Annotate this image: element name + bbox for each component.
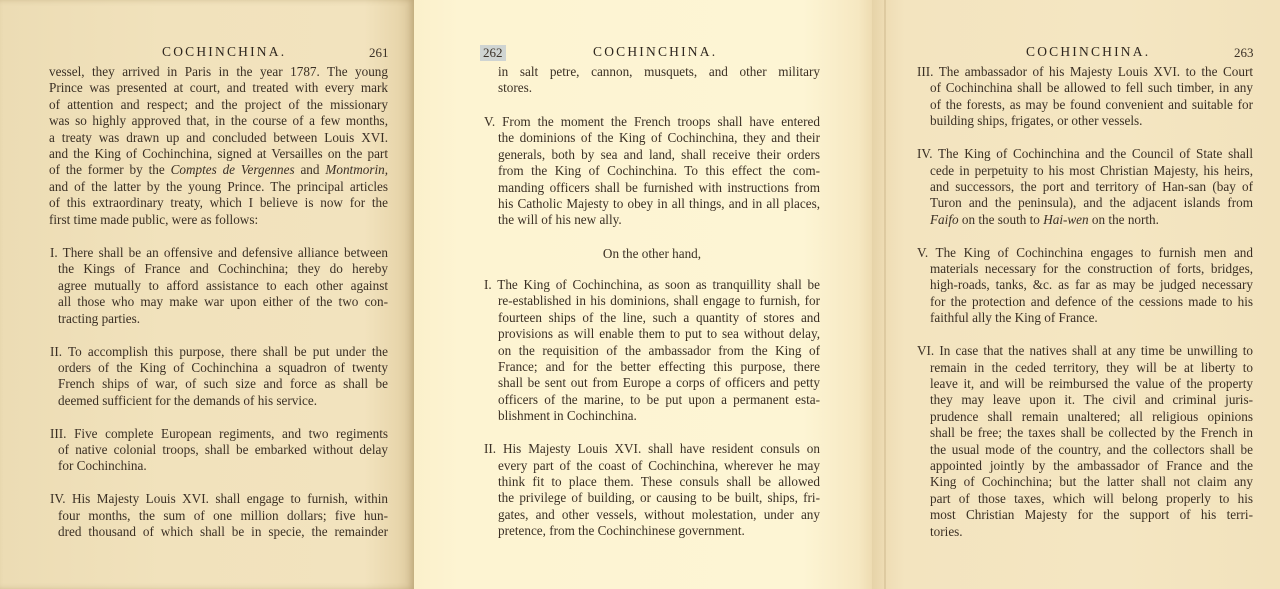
- article-II: II. His Majesty Louis XVI. shall have re…: [484, 441, 820, 539]
- text-line: French ships of war, of such size and fo…: [50, 376, 388, 392]
- text-segment: The King of Cochinchina engages to furni…: [936, 245, 1253, 260]
- text-line: Faifo on the south to Hai-wen on the nor…: [917, 212, 1253, 228]
- text-segment: The King of Cochinchina, as soon as tran…: [497, 277, 820, 292]
- text-line: blishment in Cochinchina.: [484, 408, 820, 424]
- article-IV: IV. His Majesty Louis XVI. shall engage …: [50, 491, 388, 540]
- article-list: I. There shall be an offensive and defen…: [50, 245, 388, 557]
- text-line: re-established in his dominions, shall e…: [484, 293, 820, 309]
- text-line: dred thousand of which shall be in speci…: [50, 524, 388, 540]
- text-line: shall be free; the taxes shall be collec…: [917, 425, 1253, 441]
- text-segment: His Majesty Louis XVI. shall have reside…: [503, 441, 820, 456]
- text-line: part of those taxes, which will belong p…: [917, 491, 1253, 507]
- text-segment: The King of Cochinchina and the Council …: [938, 146, 1253, 161]
- text-line: pretence, from the Cochinchinese governm…: [484, 523, 820, 539]
- text-line: V. From the moment the French troops sha…: [484, 114, 820, 130]
- article-I: I. There shall be an offensive and defen…: [50, 245, 388, 327]
- page-number: 262: [480, 45, 506, 61]
- article-numeral: IV.: [917, 146, 933, 161]
- article-IV: IV. The King of Cochinchina and the Coun…: [917, 146, 1253, 228]
- section-heading: On the other hand,: [484, 246, 820, 262]
- text-line: France; and for the better effecting thi…: [484, 359, 820, 375]
- intro-paragraph: vessel, they arrived in Paris in the yea…: [49, 64, 388, 228]
- text-line: building ships, frigates, or other vesse…: [917, 113, 1253, 129]
- text-line: was so highly approved that, in the cour…: [49, 113, 388, 129]
- text-line: first time made public, were as follows:: [49, 212, 388, 228]
- page-number: 263: [1234, 45, 1254, 61]
- text-line: officers of the marine, to be put upon a…: [484, 392, 820, 408]
- text-line: I. There shall be an offensive and defen…: [50, 245, 388, 261]
- text-line: four months, the sum of one million doll…: [50, 508, 388, 524]
- text-line: cede in perpetuity to his most Christian…: [917, 163, 1253, 179]
- text-line: for Cochinchina.: [50, 458, 388, 474]
- text-line: of this extraordinary treaty, which I be…: [49, 195, 388, 211]
- page-262: 262 COCHINCHINA. in salt petre, cannon, …: [414, 0, 872, 589]
- article-numeral: II.: [484, 441, 496, 456]
- text-line: the usual mode of the country, and the c…: [917, 442, 1253, 458]
- text-segment: There shall be an offensive and defensiv…: [63, 245, 388, 260]
- italic-name: Montmorin,: [325, 162, 388, 177]
- page-263: COCHINCHINA. 263 III. The ambassador of …: [872, 0, 1280, 589]
- text-line: think fit to place them. These consuls s…: [484, 474, 820, 490]
- article-numeral: V.: [917, 245, 928, 260]
- article-numeral: VI.: [917, 343, 934, 358]
- running-head: COCHINCHINA.: [1026, 44, 1150, 60]
- running-head: COCHINCHINA.: [162, 44, 286, 60]
- text-line: gates, and other vessels, without molest…: [484, 507, 820, 523]
- text-line: and of the latter by the young Prince. T…: [49, 179, 388, 195]
- text-line: I. The King of Cochinchina, as soon as t…: [484, 277, 820, 293]
- text-line: deemed sufficient for the demands of his…: [50, 393, 388, 409]
- page-number: 261: [369, 45, 389, 61]
- article-numeral: II.: [50, 344, 62, 359]
- text-line: orders of the King of Cochinchina a squa…: [50, 360, 388, 376]
- text-line: III. The ambassador of his Majesty Louis…: [917, 64, 1253, 80]
- article-numeral: III.: [50, 426, 66, 441]
- text-line: materials necessary for the construction…: [917, 261, 1253, 277]
- text-line: fourteen ships of the line, such a quant…: [484, 310, 820, 326]
- text-line: remain in the ceded territory, they will…: [917, 360, 1253, 376]
- text-line: II. To accomplish this purpose, there sh…: [50, 344, 388, 360]
- text-segment: From the moment the French troops shall …: [502, 114, 820, 129]
- article-numeral: V.: [484, 114, 495, 129]
- text-line: manding officers shall be furnished with…: [484, 180, 820, 196]
- article-II: II. To accomplish this purpose, there sh…: [50, 344, 388, 410]
- text-line: leave it, and will be reimbursed the val…: [917, 376, 1253, 392]
- article-numeral: I.: [50, 245, 58, 260]
- text-line: a treaty was drawn up and concluded betw…: [49, 130, 388, 146]
- text-line: stores.: [498, 80, 820, 96]
- text-line: of attention and respect; and the projec…: [49, 97, 388, 113]
- italic-name: Comptes de Vergennes: [171, 162, 295, 177]
- text-line: of Cochinchina shall be allowed to fell …: [917, 80, 1253, 96]
- text-line: all those who may make war upon either o…: [50, 294, 388, 310]
- text-line: King of Cochinchina; but the latter shal…: [917, 474, 1253, 490]
- article-numeral: III.: [917, 64, 933, 79]
- text-line: the privilege of building, or causing to…: [484, 490, 820, 506]
- text-line: in salt petre, cannon, musquets, and oth…: [498, 64, 820, 80]
- article-list-other-hand: I. The King of Cochinchina, as soon as t…: [484, 277, 820, 556]
- article-list: III. The ambassador of his Majesty Louis…: [917, 64, 1253, 557]
- italic-place: Faifo: [930, 212, 959, 227]
- text-segment: Five complete European regiments, and tw…: [74, 426, 388, 441]
- text-line: IV. His Majesty Louis XVI. shall engage …: [50, 491, 388, 507]
- article-numeral: IV.: [50, 491, 66, 506]
- text-line: for the protection and defence of the ce…: [917, 294, 1253, 310]
- text-line: the Kings of France and Cochinchina; the…: [50, 261, 388, 277]
- text-line: they may leave upon it. The civil and cr…: [917, 392, 1253, 408]
- text-line: prudence shall remain unaltered; all rel…: [917, 409, 1253, 425]
- text-line: of the forests, as may be found convenie…: [917, 97, 1253, 113]
- text-line: the will of his new ally.: [484, 212, 820, 228]
- text-line: V. The King of Cochinchina engages to fu…: [917, 245, 1253, 261]
- article-I: I. The King of Cochinchina, as soon as t…: [484, 277, 820, 425]
- running-head: COCHINCHINA.: [593, 44, 717, 60]
- text-line: faithful ally the King of France.: [917, 310, 1253, 326]
- article-III: III. Five complete European regiments, a…: [50, 426, 388, 475]
- text-line: III. Five complete European regiments, a…: [50, 426, 388, 442]
- text-line: II. His Majesty Louis XVI. shall have re…: [484, 441, 820, 457]
- article-numeral: I.: [484, 277, 492, 292]
- article-III: III. The ambassador of his Majesty Louis…: [917, 64, 1253, 130]
- text-line: the dominions of the King of Cochinchina…: [484, 130, 820, 146]
- text-line: vessel, they arrived in Paris in the yea…: [49, 64, 388, 80]
- text-line: tories.: [917, 524, 1253, 540]
- text-line: tracting parties.: [50, 311, 388, 327]
- continuation-paragraph: in salt petre, cannon, musquets, and oth…: [498, 64, 820, 97]
- text-line: Turon and the peninsula), and the adjace…: [917, 195, 1253, 211]
- text-line: Prince was presented at court, and treat…: [49, 80, 388, 96]
- text-segment: The ambassador of his Majesty Louis XVI.…: [939, 64, 1253, 79]
- page-261: COCHINCHINA. 261 vessel, they arrived in…: [0, 0, 414, 589]
- article-list: V. From the moment the French troops sha…: [484, 114, 820, 245]
- text-line: IV. The King of Cochinchina and the Coun…: [917, 146, 1253, 162]
- text-line: provisions as will enable them to put to…: [484, 326, 820, 342]
- text-line: and the King of Cochinchina, signed at V…: [49, 146, 388, 162]
- page-fold: [884, 0, 886, 589]
- text-line: shall be sent out from Europe a corps of…: [484, 375, 820, 391]
- text-segment: To accomplish this purpose, there shall …: [68, 344, 388, 359]
- text-line: appointed jointly by the ambassador of F…: [917, 458, 1253, 474]
- text-segment: His Majesty Louis XVI. shall engage to f…: [72, 491, 388, 506]
- text-line: of native colonial troops, shall be emba…: [50, 442, 388, 458]
- text-line: agree mutually to afford assistance to e…: [50, 278, 388, 294]
- text-segment: In case that the natives shall at any ti…: [939, 343, 1253, 358]
- text-line: his Catholic Majesty to obey in all thin…: [484, 196, 820, 212]
- text-line: on the requisition of the ambassador fro…: [484, 343, 820, 359]
- italic-place: Hai-wen: [1043, 212, 1088, 227]
- article-VI: VI. In case that the natives shall at an…: [917, 343, 1253, 540]
- text-line: high-roads, tanks, &c. as far as may be …: [917, 277, 1253, 293]
- text-line: and successors, the port and territory o…: [917, 179, 1253, 195]
- article-V: V. The King of Cochinchina engages to fu…: [917, 245, 1253, 327]
- text-line: most Christian Majesty for the support o…: [917, 507, 1253, 523]
- text-line: from the King of Cochinchina. To this ef…: [484, 163, 820, 179]
- text-line: every part of the coast of Cochinchina, …: [484, 458, 820, 474]
- text-line: generals, both by sea and land, shall re…: [484, 147, 820, 163]
- text-line: VI. In case that the natives shall at an…: [917, 343, 1253, 359]
- text-line: of the former by the Comptes de Vergenne…: [49, 162, 388, 178]
- article-V: V. From the moment the French troops sha…: [484, 114, 820, 229]
